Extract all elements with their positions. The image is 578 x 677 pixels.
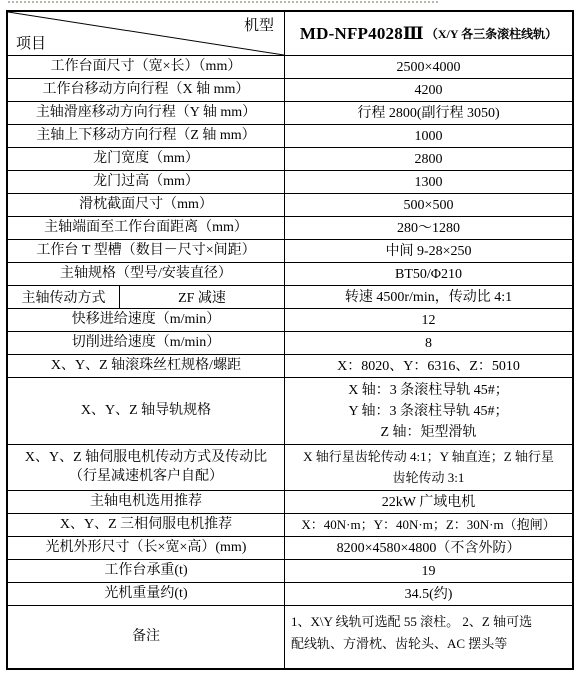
- table-row: 工作台承重(t) 19: [8, 559, 572, 582]
- row-label: X、Y、Z 三相伺服电机推荐: [8, 514, 285, 536]
- diagonal-line: [8, 12, 284, 55]
- table-row: X、Y、Z 轴滚珠丝杠规格/螺距 X：8020、Y：6316、Z：5010: [8, 354, 572, 377]
- row-label: 滑枕截面尺寸（mm）: [8, 194, 285, 216]
- row-label: 主轴规格（型号/安装直径）: [8, 263, 285, 285]
- row-label: 工作台移动方向行程（X 轴 mm）: [8, 79, 285, 101]
- table-row: X、Y、Z 三相伺服电机推荐 X：40N·m；Y：40N·m；Z：30N·m（抱…: [8, 513, 572, 536]
- row-value: 1300: [285, 171, 572, 193]
- row-value: 8200×4580×4800（不含外防）: [285, 537, 572, 559]
- row-label: 工作台承重(t): [8, 560, 285, 582]
- model-header-cell: MD-NFP4028Ⅲ （X/Y 各三条滚柱线轨）: [285, 12, 572, 55]
- row-label: 快移进给速度（m/min）: [8, 309, 285, 331]
- table-row: 主轴端面至工作台面距离（mm） 280～1280: [8, 216, 572, 239]
- row-value: X：40N·m；Y：40N·m；Z：30N·m（抱闸）: [285, 514, 572, 536]
- model-name: MD-NFP4028Ⅲ: [300, 24, 424, 44]
- row-label: 光机重量约(t): [8, 583, 285, 605]
- row-label: 切削进给速度（m/min）: [8, 332, 285, 354]
- row-value: X 轴：3 条滚柱导轨 45#； Y 轴：3 条滚柱导轨 45#； Z 轴：矩型…: [285, 378, 572, 444]
- table-row: 工作台面尺寸（宽×长）（mm） 2500×4000: [8, 55, 572, 78]
- row-label: 龙门过高（mm）: [8, 171, 285, 193]
- spec-table: 机型 项目 MD-NFP4028Ⅲ （X/Y 各三条滚柱线轨） 工作台面尺寸（宽…: [6, 10, 574, 670]
- corner-model-label: 机型: [244, 14, 274, 35]
- table-row: X、Y、Z 轴导轨规格 X 轴：3 条滚柱导轨 45#； Y 轴：3 条滚柱导轨…: [8, 377, 572, 444]
- table-row: 主轴传动方式 ZF 减速 转速 4500r/min，传动比 4:1: [8, 285, 572, 308]
- table-row: 主轴上下移动方向行程（Z 轴 mm） 1000: [8, 124, 572, 147]
- row-label: X、Y、Z 轴滚珠丝杠规格/螺距: [8, 355, 285, 377]
- table-row-remark: 备注 1、X\Y 线轨可选配 55 滚柱。 2、Z 轴可选 配线轨、方滑枕、齿轮…: [8, 605, 572, 668]
- row-value: 4200: [285, 79, 572, 101]
- table-row: 工作台移动方向行程（X 轴 mm） 4200: [8, 78, 572, 101]
- row-label-split: 主轴传动方式 ZF 减速: [8, 286, 285, 308]
- row-label: 主轴滑座移动方向行程（Y 轴 mm）: [8, 102, 285, 124]
- row-value: 22kW 广域电机: [285, 491, 572, 513]
- row-label: 主轴端面至工作台面距离（mm）: [8, 217, 285, 239]
- row-value: 2500×4000: [285, 56, 572, 78]
- page-top-artifact-line: [8, 1, 438, 3]
- row-label: 龙门宽度（mm）: [8, 148, 285, 170]
- row-label: X、Y、Z 轴伺服电机传动方式及传动比 （行星减速机客户自配）: [8, 445, 285, 490]
- row-value: 19: [285, 560, 572, 582]
- header-row: 机型 项目 MD-NFP4028Ⅲ （X/Y 各三条滚柱线轨）: [8, 12, 572, 55]
- table-row: 光机重量约(t) 34.5(约): [8, 582, 572, 605]
- table-row: 快移进给速度（m/min） 12: [8, 308, 572, 331]
- table-row: 滑枕截面尺寸（mm） 500×500: [8, 193, 572, 216]
- row-value: 行程 2800(副行程 3050): [285, 102, 572, 124]
- row-value: 中间 9-28×250: [285, 240, 572, 262]
- row-value: BT50/Φ210: [285, 263, 572, 285]
- row-value: 1000: [285, 125, 572, 147]
- table-row: 工作台 T 型槽（数目－尺寸×间距） 中间 9-28×250: [8, 239, 572, 262]
- model-note: （X/Y 各三条滚柱线轨）: [426, 25, 557, 42]
- row-label: 工作台 T 型槽（数目－尺寸×间距）: [8, 240, 285, 262]
- row-label: 主轴电机选用推荐: [8, 491, 285, 513]
- row-value: 8: [285, 332, 572, 354]
- table-row: 龙门过高（mm） 1300: [8, 170, 572, 193]
- row-label: X、Y、Z 轴导轨规格: [8, 378, 285, 444]
- table-row: 主轴滑座移动方向行程（Y 轴 mm） 行程 2800(副行程 3050): [8, 101, 572, 124]
- table-row: 主轴规格（型号/安装直径） BT50/Φ210: [8, 262, 572, 285]
- table-row: 光机外形尺寸（长×宽×高）(mm) 8200×4580×4800（不含外防）: [8, 536, 572, 559]
- table-row: X、Y、Z 轴伺服电机传动方式及传动比 （行星减速机客户自配） X 轴行星齿轮传…: [8, 444, 572, 490]
- table-row: 龙门宽度（mm） 2800: [8, 147, 572, 170]
- row-value: 34.5(约): [285, 583, 572, 605]
- row-sublabel: ZF 减速: [120, 286, 285, 308]
- row-value: 280～1280: [285, 217, 572, 239]
- row-label: 备注: [8, 606, 285, 668]
- row-label: 光机外形尺寸（长×宽×高）(mm): [8, 537, 285, 559]
- row-label: 主轴传动方式: [8, 286, 120, 308]
- table-row: 主轴电机选用推荐 22kW 广域电机: [8, 490, 572, 513]
- row-value: 1、X\Y 线轨可选配 55 滚柱。 2、Z 轴可选 配线轨、方滑枕、齿轮头、A…: [285, 606, 572, 668]
- row-value: 500×500: [285, 194, 572, 216]
- row-label: 工作台面尺寸（宽×长）（mm）: [8, 56, 285, 78]
- row-label: 主轴上下移动方向行程（Z 轴 mm）: [8, 125, 285, 147]
- row-value: X：8020、Y：6316、Z：5010: [285, 355, 572, 377]
- row-value: X 轴行星齿轮传动 4:1；Y 轴直连；Z 轴行星 齿轮传动 3:1: [285, 445, 572, 490]
- corner-item-label: 项目: [16, 32, 46, 53]
- row-value: 转速 4500r/min，传动比 4:1: [285, 286, 572, 308]
- row-value: 2800: [285, 148, 572, 170]
- table-row: 切削进给速度（m/min） 8: [8, 331, 572, 354]
- row-value: 12: [285, 309, 572, 331]
- corner-cell: 机型 项目: [8, 12, 285, 55]
